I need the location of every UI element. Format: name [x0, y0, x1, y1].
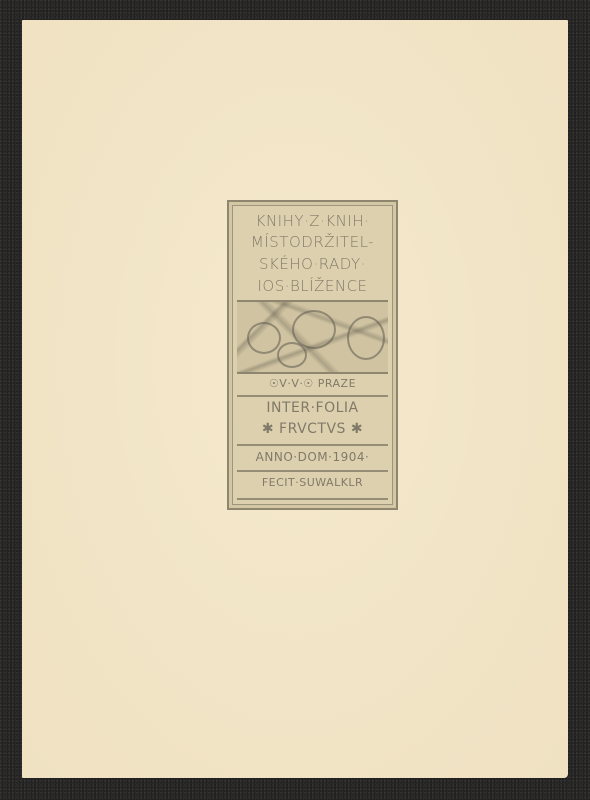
inscription-line-5: ☉V·V·☉ PRAZE	[229, 377, 396, 390]
inscription-line-6: INTER·FOLIA	[229, 400, 396, 416]
sketch-illustration	[237, 300, 388, 374]
divider	[237, 395, 388, 397]
divider	[237, 444, 388, 446]
inscription-line-9: FECIT·SUWALKLR	[229, 476, 396, 489]
inscription-line-4: IOS·BLÍŽENCE	[229, 277, 396, 295]
inscription-line-8: ANNO·DOM·1904·	[229, 450, 396, 464]
paper-sheet: KNIHY·Z·KNIH· MÍSTODRŽITEL- SKÉHO·RADY· …	[22, 20, 568, 778]
divider	[237, 470, 388, 472]
inscription-line-3: SKÉHO·RADY·	[229, 255, 396, 273]
illustration-shape	[347, 316, 385, 360]
illustration-shape	[247, 322, 281, 354]
inscription-line-1: KNIHY·Z·KNIH·	[229, 212, 396, 230]
bookplate-sketch: KNIHY·Z·KNIH· MÍSTODRŽITEL- SKÉHO·RADY· …	[227, 200, 398, 510]
divider	[237, 498, 388, 500]
inscription-line-2: MÍSTODRŽITEL-	[229, 233, 396, 251]
illustration-shape	[277, 342, 307, 368]
inscription-line-7: ✱ FRVCTVS ✱	[229, 421, 396, 437]
